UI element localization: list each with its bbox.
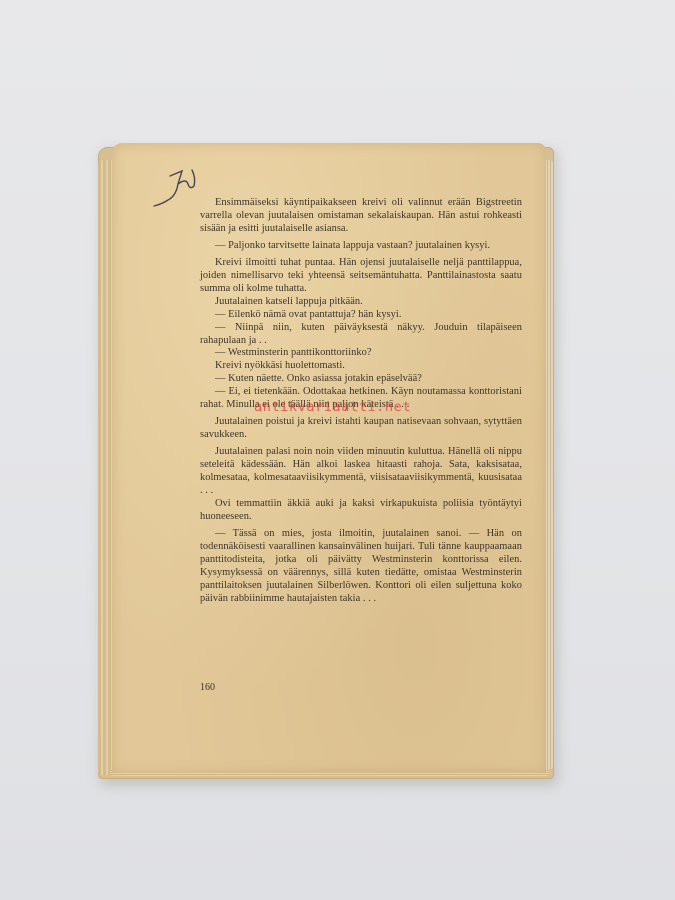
watermark: antikvariaatti.net xyxy=(254,399,411,415)
paragraph: — Eilenkö nämä ovat pantattuja? hän kysy… xyxy=(200,309,522,322)
paragraph: — Tässä on mies, josta ilmoitin, juutala… xyxy=(200,528,522,606)
paragraph: — Niinpä niin, kuten päiväyksestä näkyy.… xyxy=(200,322,522,348)
paragraph: Kreivi nyökkäsi huolettomasti. xyxy=(200,360,522,373)
page-number: 160 xyxy=(200,682,215,693)
paragraph: Ensimmäiseksi käyntipaikakseen kreivi ol… xyxy=(200,197,522,236)
paragraph: — Kuten näette. Onko asiassa jotakin epä… xyxy=(200,373,522,386)
page-block-right-edge xyxy=(545,160,553,770)
paragraph: — Westminsterin panttikonttoriinko? xyxy=(200,347,522,360)
paragraph: Juutalainen palasi noin noin viiden minu… xyxy=(200,446,522,498)
paragraph: Juutalainen katseli lappuja pitkään. xyxy=(200,296,522,309)
paragraph: Juutalainen poistui ja kreivi istahti ka… xyxy=(200,416,522,442)
paragraph: — Paljonko tarvitsette lainata lappuja v… xyxy=(200,240,522,253)
handwritten-number-mark xyxy=(148,162,208,218)
paragraph: Kreivi ilmoitti tuhat puntaa. Hän ojensi… xyxy=(200,257,522,296)
page-block-left-edge xyxy=(98,160,112,775)
paragraph: Ovi temmattiin äkkiä auki ja kaksi virka… xyxy=(200,498,522,524)
